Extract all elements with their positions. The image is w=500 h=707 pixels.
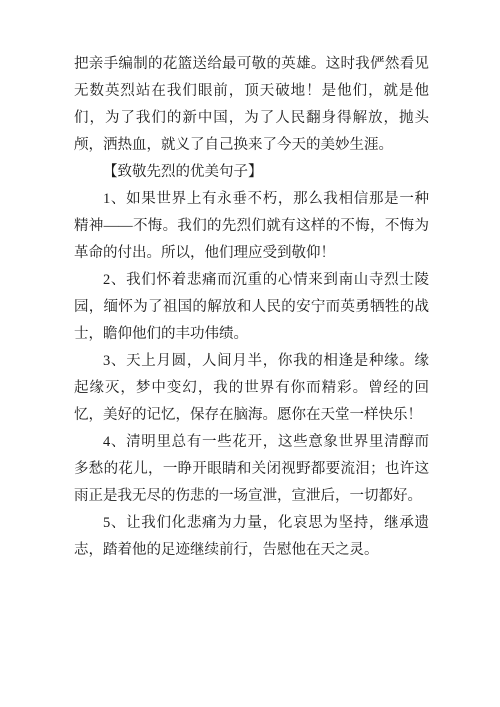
- section-heading: 【致敬先烈的优美句子】: [74, 159, 429, 186]
- continuation-paragraph: 把亲手编制的花篮送给最可敬的英雄。这时我俨然看见无数英烈站在我们眼前，顶天破地！…: [74, 51, 429, 159]
- numbered-sentence-5: 5、让我们化悲痛为力量，化哀思为坚持，继承遗志，踏着他的足迹继续前行，告慰他在天…: [74, 510, 429, 564]
- numbered-sentence-3: 3、天上月圆，人间月半，你我的相逢是种缘。缘起缘灭，梦中变幻，我的世界有你而精彩…: [74, 348, 429, 429]
- document-page: 把亲手编制的花篮送给最可敬的英雄。这时我俨然看见无数英烈站在我们眼前，顶天破地！…: [0, 0, 500, 707]
- numbered-sentence-4: 4、清明里总有一些花开，这些意象世界里清醇而多愁的花儿，一睁开眼睛和关闭视野都要…: [74, 429, 429, 510]
- numbered-sentence-2: 2、我们怀着悲痛而沉重的心情来到南山寺烈士陵园，缅怀为了祖国的解放和人民的安宁而…: [74, 267, 429, 348]
- document-body: 把亲手编制的花篮送给最可敬的英雄。这时我俨然看见无数英烈站在我们眼前，顶天破地！…: [74, 51, 429, 564]
- numbered-sentence-1: 1、如果世界上有永垂不朽，那么我相信那是一种精神——不悔。我们的先烈们就有这样的…: [74, 186, 429, 267]
